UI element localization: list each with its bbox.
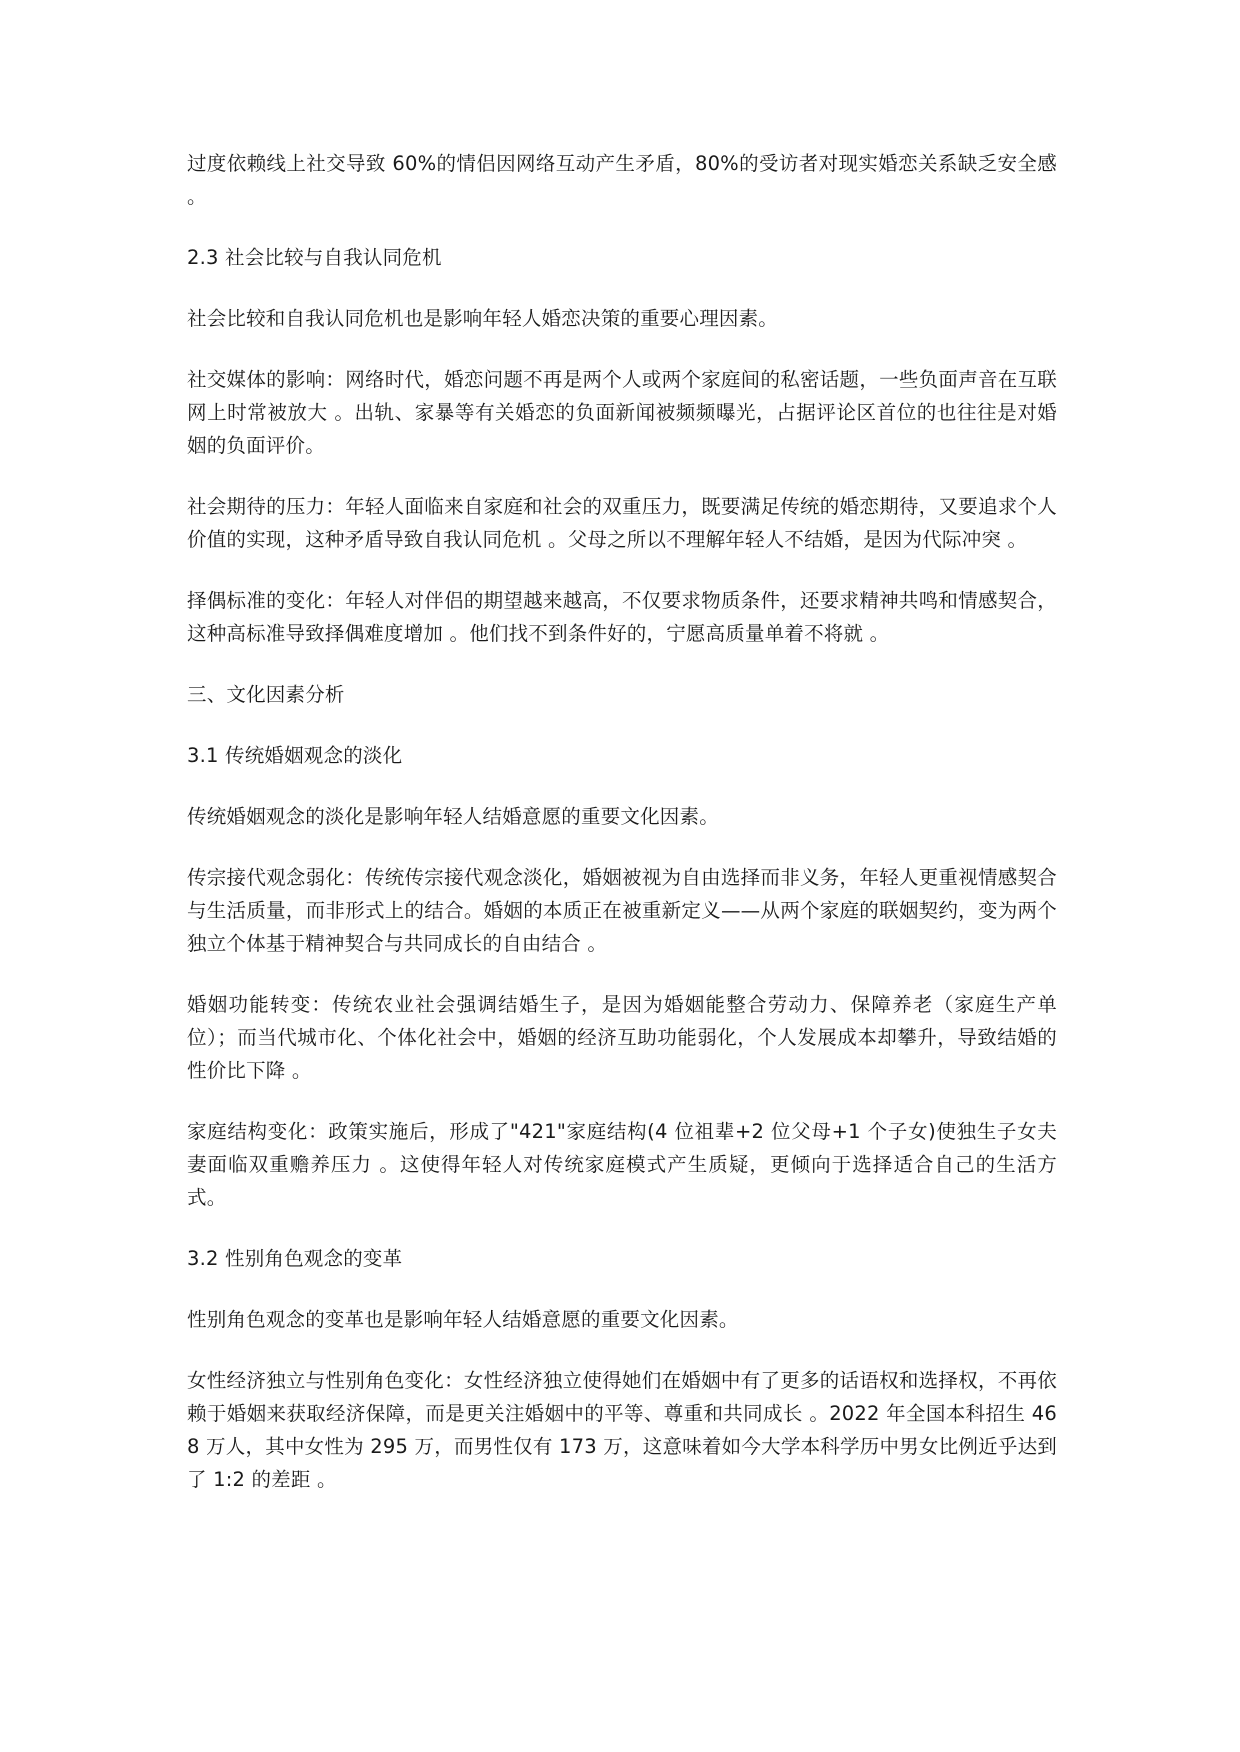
section-heading-3-1: 3.1 传统婚姻观念的淡化 (187, 739, 1057, 772)
paragraph-online-social-dependence: 过度依赖线上社交导致 60%的情侣因网络互动产生矛盾，80%的受访者对现实婚恋关… (187, 147, 1057, 213)
paragraph-female-economic-independence: 女性经济独立与性别角色变化：女性经济独立使得她们在婚姻中有了更多的话语权和选择权… (187, 1364, 1057, 1496)
chapter-heading-3: 三、文化因素分析 (187, 678, 1057, 711)
paragraph-social-media-influence: 社交媒体的影响：网络时代，婚恋问题不再是两个人或两个家庭间的私密话题，一些负面声… (187, 363, 1057, 462)
section-heading-2-3: 2.3 社会比较与自我认同危机 (187, 241, 1057, 274)
paragraph-traditional-marriage-intro: 传统婚姻观念的淡化是影响年轻人结婚意愿的重要文化因素。 (187, 800, 1057, 833)
document-page: 过度依赖线上社交导致 60%的情侣因网络互动产生矛盾，80%的受访者对现实婚恋关… (187, 147, 1057, 1524)
paragraph-lineage-concept-weakening: 传宗接代观念弱化：传统传宗接代观念淡化，婚姻被视为自由选择而非义务，年轻人更重视… (187, 861, 1057, 960)
paragraph-marriage-function-shift: 婚姻功能转变：传统农业社会强调结婚生子，是因为婚姻能整合劳动力、保障养老（家庭生… (187, 988, 1057, 1087)
paragraph-mate-selection-standards: 择偶标准的变化：年轻人对伴侣的期望越来越高，不仅要求物质条件，还要求精神共鸣和情… (187, 584, 1057, 650)
section-heading-3-2: 3.2 性别角色观念的变革 (187, 1242, 1057, 1275)
paragraph-family-structure-change: 家庭结构变化：政策实施后，形成了"421"家庭结构(4 位祖辈+2 位父母+1 … (187, 1115, 1057, 1214)
paragraph-social-expectation-pressure: 社会期待的压力：年轻人面临来自家庭和社会的双重压力，既要满足传统的婚恋期待，又要… (187, 490, 1057, 556)
paragraph-gender-role-intro: 性别角色观念的变革也是影响年轻人结婚意愿的重要文化因素。 (187, 1303, 1057, 1336)
paragraph-social-comparison-intro: 社会比较和自我认同危机也是影响年轻人婚恋决策的重要心理因素。 (187, 302, 1057, 335)
